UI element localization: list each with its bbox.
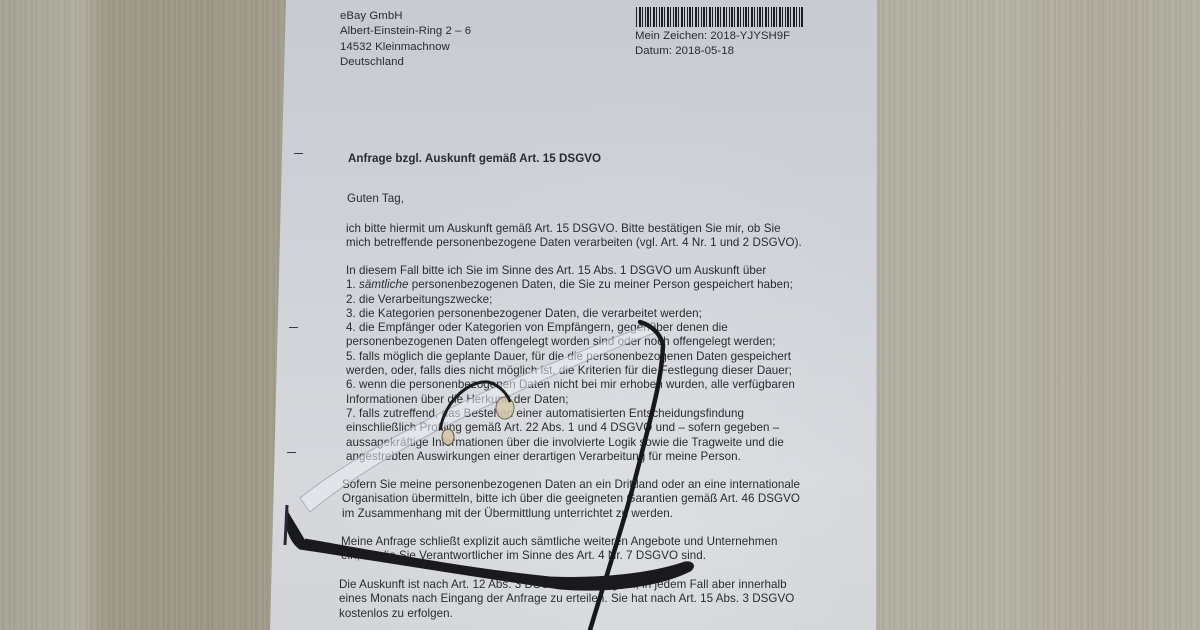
- paragraph-5: Die Auskunft ist nach Art. 12 Abs. 3 DSG…: [339, 578, 794, 621]
- punch-mark: [289, 327, 298, 328]
- barcode: [636, 7, 804, 27]
- list-line: 7. falls zutreffend, das Bestehen einer …: [346, 407, 795, 421]
- list-line: 4. die Empfänger oder Kategorien von Emp…: [346, 321, 795, 335]
- list-intro: In diesem Fall bitte ich Sie im Sinne de…: [346, 264, 795, 278]
- fold-mark: [294, 153, 303, 154]
- date-label: Datum:: [635, 45, 672, 57]
- paragraph-2-list: In diesem Fall bitte ich Sie im Sinne de…: [346, 264, 795, 464]
- list-line: angestrebten Auswirkungen einer derartig…: [346, 450, 795, 464]
- list-line: 3. die Kategorien personenbezogener Date…: [346, 307, 795, 321]
- recipient-street: Albert-Einstein-Ring 2 – 6: [340, 24, 471, 39]
- letter-greeting: Guten Tag,: [347, 192, 404, 206]
- reference-value: 2018-YJYSH9F: [710, 30, 790, 42]
- text-line: eines Monats nach Eingang der Anfrage zu…: [339, 592, 794, 606]
- list-line: werden, oder, falls dies nicht möglich i…: [346, 364, 795, 378]
- date-value: 2018-05-18: [675, 45, 734, 57]
- list-line: personenbezogenen Daten offengelegt word…: [346, 335, 795, 349]
- text-line: ich bitte hiermit um Auskunft gemäß Art.…: [346, 222, 802, 236]
- recipient-company: eBay GmbH: [340, 9, 471, 24]
- recipient-city: 14532 Kleinmachnow: [340, 40, 471, 55]
- fold-mark: [287, 452, 296, 453]
- list-line: einschließlich Profiling gemäß Art. 22 A…: [346, 421, 795, 435]
- paragraph-1: ich bitte hiermit um Auskunft gemäß Art.…: [346, 222, 802, 251]
- recipient-address: eBay GmbH Albert-Einstein-Ring 2 – 6 145…: [340, 9, 471, 70]
- paragraph-4: Meine Anfrage schließt explizit auch säm…: [341, 535, 777, 564]
- item-text: personenbezogenen Daten, die Sie zu mein…: [408, 278, 792, 291]
- list-line: 2. die Verarbeitungszwecke;: [346, 293, 795, 307]
- text-line: mich betreffende personenbezogene Daten …: [346, 236, 802, 250]
- list-line: 6. wenn die personenbezogenen Daten nich…: [346, 378, 795, 392]
- list-line: Informationen über die Herkunft der Date…: [346, 393, 795, 407]
- list-line: 5. falls möglich die geplante Dauer, für…: [346, 350, 795, 364]
- reference-label: Mein Zeichen:: [635, 30, 707, 42]
- text-line: Die Auskunft ist nach Art. 12 Abs. 3 DSG…: [339, 578, 794, 592]
- recipient-country: Deutschland: [340, 55, 471, 70]
- item-number: 1.: [346, 278, 359, 291]
- paragraph-3: Sofern Sie meine personenbezogenen Daten…: [342, 478, 800, 521]
- letter-subject: Anfrage bzgl. Auskunft gemäß Art. 15 DSG…: [348, 152, 601, 166]
- text-line: Meine Anfrage schließt explizit auch säm…: [341, 535, 777, 549]
- list-item-1: 1. sämtliche personenbezogenen Daten, di…: [346, 278, 795, 292]
- text-line: kostenlos zu erfolgen.: [339, 607, 794, 621]
- text-line: Organisation übermitteln, bitte ich über…: [342, 492, 800, 506]
- emphasis: sämtliche: [359, 278, 408, 291]
- reference-block: Mein Zeichen: 2018-YJYSH9F Datum: 2018-0…: [635, 29, 790, 58]
- text-line: Sofern Sie meine personenbezogenen Daten…: [342, 478, 800, 492]
- list-line: aussagekräftige Informationen über die i…: [346, 436, 795, 450]
- text-line: ein, für die Sie Verantwortlicher im Sin…: [341, 549, 777, 563]
- text-line: im Zusammenhang mit der Übermittlung unt…: [342, 507, 800, 521]
